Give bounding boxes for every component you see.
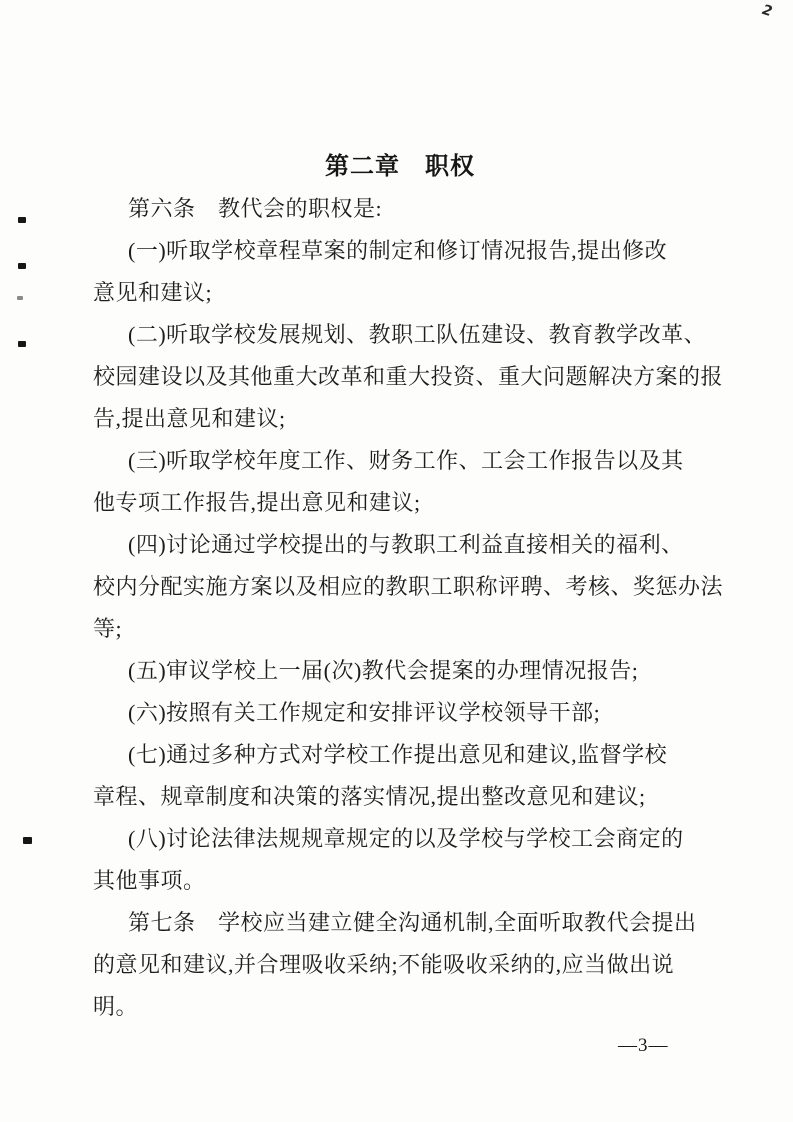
ink-speck <box>18 263 26 269</box>
text-line: 等; <box>93 608 707 650</box>
text-line: (七)通过多种方式对学校工作提出意见和建议,监督学校 <box>93 734 707 776</box>
text-line: 的意见和建议,并合理吸收采纳;不能吸收采纳的,应当做出说 <box>93 944 707 986</box>
text-line: (八)讨论法律法规规章规定的以及学校与学校工会商定的 <box>93 818 707 860</box>
text-line: 校内分配实施方案以及相应的教职工职称评聘、考核、奖惩办法 <box>93 566 707 608</box>
chapter-title: 第二章 职权 <box>93 146 707 188</box>
ink-speck <box>18 341 26 347</box>
text-line: 章程、规章制度和决策的落实情况,提出整改意见和建议; <box>93 776 707 818</box>
text-line: 第六条 教代会的职权是: <box>93 188 707 230</box>
pen-mark-artifact: 2 <box>759 2 775 20</box>
ink-speck <box>23 837 32 844</box>
text-line: (二)听取学校发展规划、教职工队伍建设、教育教学改革、 <box>93 314 707 356</box>
text-line: (四)讨论通过学校提出的与教职工利益直接相关的福利、 <box>93 524 707 566</box>
text-line: 其他事项。 <box>93 860 707 902</box>
text-line: 校园建设以及其他重大改革和重大投资、重大问题解决方案的报 <box>93 356 707 398</box>
text-line: (一)听取学校章程草案的制定和修订情况报告,提出修改 <box>93 230 707 272</box>
text-line: 告,提出意见和建议; <box>93 398 707 440</box>
text-line: 意见和建议; <box>93 272 707 314</box>
page-number: —3— <box>618 1035 669 1057</box>
scanned-document-page: 2 第二章 职权 第六条 教代会的职权是:(一)听取学校章程草案的制定和修订情况… <box>0 0 793 1122</box>
text-line: (三)听取学校年度工作、财务工作、工会工作报告以及其 <box>93 440 707 482</box>
ink-speck <box>18 217 26 223</box>
text-line: (六)按照有关工作规定和安排评议学校领导干部; <box>93 692 707 734</box>
text-line: 他专项工作报告,提出意见和建议; <box>93 482 707 524</box>
text-line: (五)审议学校上一届(次)教代会提案的办理情况报告; <box>93 650 707 692</box>
text-line: 明。 <box>93 986 707 1028</box>
text-line: 第七条 学校应当建立健全沟通机制,全面听取教代会提出 <box>93 902 707 944</box>
document-body: 第六条 教代会的职权是:(一)听取学校章程草案的制定和修订情况报告,提出修改意见… <box>93 188 707 1028</box>
ink-speck <box>17 296 23 300</box>
document-content: 第二章 职权 第六条 教代会的职权是:(一)听取学校章程草案的制定和修订情况报告… <box>93 146 707 1028</box>
